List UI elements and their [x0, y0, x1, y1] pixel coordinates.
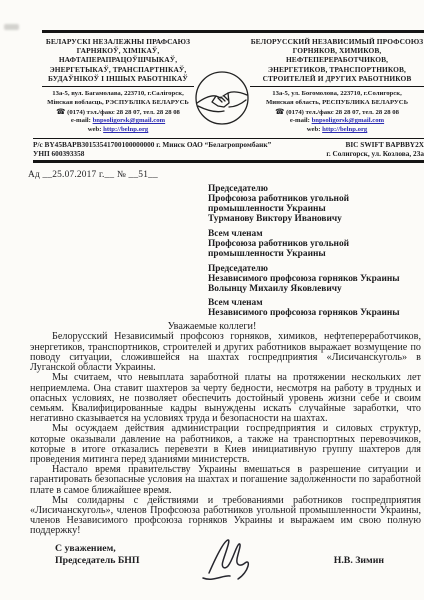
email-line: e-mail: bnpsoligorsk@gmail.com: [42, 117, 194, 126]
phone-line: ☎ (0174) тел./факс 28 28 07, тел. 28 28 …: [250, 108, 424, 118]
body-paragraph: Настало время правительству Украины вмеш…: [30, 465, 421, 496]
address-block-russian: 13а-5, ул. Богомолова, 223710, г.Солигор…: [250, 90, 424, 135]
org-name-line: НЕФТЕПЕРЕРАБОТЧИКОВ,: [250, 55, 424, 64]
closing-line: С уважением,: [55, 543, 140, 555]
web-line: web: http://belnp.org: [250, 126, 424, 135]
email-link[interactable]: bnpsoligorsk@gmail.com: [312, 117, 385, 124]
website-link[interactable]: http://belnp.org: [103, 126, 148, 133]
body-paragraph: Белорусский Независимый профсоюз горняко…: [30, 332, 421, 373]
org-name-line: НАФТАПЕРАПРАЦОЎШЧЫКАЎ,: [42, 55, 194, 64]
org-name-line: ЭНЕРГЕТЫКАЎ, ТРАНСПАРТНІКАЎ,: [42, 65, 194, 74]
signature-section: С уважением, Председатель БНП Н.В. Зимин: [55, 543, 384, 586]
org-name-russian: БЕЛОРУССКИЙ НЕЗАВИСИМЫЙ ПРОФСОЮЗ ГОРНЯКО…: [250, 37, 424, 83]
phone-icon: ☎: [275, 107, 284, 116]
addressee-line: промышленности Украины: [208, 250, 424, 260]
letter-body: Белорусский Независимый профсоюз горняко…: [30, 332, 421, 536]
web-line: web: http://belnp.org: [42, 126, 194, 135]
scan-artifact: [4, 24, 19, 30]
bank-account-block: Р/с BY45BAPB30153541700100000000 г. Минс…: [33, 141, 271, 158]
letterhead: БЕЛАРУСКІ НЕЗАЛЕЖНЫ ПРАФСАЮЗ ГАРНЯКОЎ, Х…: [42, 30, 424, 135]
website-link[interactable]: http://belnp.org: [322, 126, 367, 133]
column-divider-rule: [250, 86, 424, 87]
address-block-belarusian: 13а-5, вул. Багамолава, 223710, г.Саліго…: [42, 90, 194, 135]
addressee-block: Председателю Независимого профсоюза горн…: [208, 265, 424, 295]
bank-swift-block: BIC SWIFT BAPBBY2X г. Солигорск, ул. Коз…: [326, 141, 424, 158]
signature-ink-icon: [195, 533, 273, 581]
phone-number: (0174) тэл./факс 28 28 07, тел. 28 28 08: [67, 109, 180, 116]
addressee-block: Всем членам Профсоюза работников угольно…: [208, 230, 424, 260]
address-line: 13а-5, вул. Багамолава, 223710, г.Саліго…: [42, 90, 194, 99]
addressee-block: Всем членам Независимого профсоюза горня…: [208, 299, 424, 319]
phone-number: (0174) тел./факс 28 28 07, тел. 28 28 08: [286, 109, 399, 116]
org-name-line: СТРОИТЕЛЕЙ И ДРУГИХ РАБОТНИКОВ: [250, 74, 424, 83]
email-link[interactable]: bnpsoligorsk@gmail.com: [93, 117, 166, 124]
bank-address-line: г. Солигорск, ул. Козлова, 23а: [326, 150, 424, 159]
addressee-block: Председателю Профсоюза работников угольн…: [208, 185, 424, 225]
signer-title: Председатель БНП: [55, 555, 140, 567]
org-name-line: БУДАЎНІКОЎ І ІНШЫХ РАБОТНІКАЎ: [42, 74, 194, 83]
address-line: 13а-5, ул. Богомолова, 223710, г.Солигор…: [250, 90, 424, 99]
web-label: web:: [307, 126, 321, 133]
logo-container: [194, 37, 250, 135]
bank-details-strip: Р/с BY45BAPB30153541700100000000 г. Минс…: [33, 138, 424, 163]
web-label: web:: [88, 126, 102, 133]
body-paragraph: Мы считаем, что невыплата заработной пла…: [30, 373, 421, 424]
handwritten-signature: [195, 533, 273, 586]
org-name-line: БЕЛАРУСКІ НЕЗАЛЕЖНЫ ПРАФСАЮЗ: [42, 37, 194, 46]
addressee-section: Председателю Профсоюза работников угольн…: [208, 185, 424, 319]
body-paragraph: Мы солидарны с действиями и требованиями…: [30, 496, 421, 537]
org-name-line: БЕЛОРУССКИЙ НЕЗАВИСИМЫЙ ПРОФСОЮЗ: [250, 37, 424, 46]
phone-line: ☎ (0174) тэл./факс 28 28 07, тел. 28 28 …: [42, 108, 194, 118]
addressee-line: Турманову Виктору Ивановичу: [208, 215, 424, 225]
letterhead-right-column: БЕЛОРУССКИЙ НЕЗАВИСИМЫЙ ПРОФСОЮЗ ГОРНЯКО…: [250, 37, 424, 135]
email-line: e-mail: bnpsoligorsk@gmail.com: [250, 117, 424, 126]
phone-icon: ☎: [56, 107, 65, 116]
column-divider-rule: [42, 86, 194, 87]
unp-line: УНП 600393358: [33, 150, 271, 159]
scanned-letter-page: БЕЛАРУСКІ НЕЗАЛЕЖНЫ ПРАФСАЮЗ ГАРНЯКОЎ, Х…: [0, 0, 424, 600]
signer-name: Н.В. Зимин: [334, 543, 384, 566]
addressee-line: Волынцу Михаилу Яковлевичу: [208, 285, 424, 295]
org-name-line: ЭНЕРГЕТИКОВ, ТРАНСПОРТНИКОВ,: [250, 65, 424, 74]
email-label: e-mail:: [290, 117, 310, 124]
letterhead-left-column: БЕЛАРУСКІ НЕЗАЛЕЖНЫ ПРАФСАЮЗ ГАРНЯКОЎ, Х…: [42, 37, 194, 135]
org-name-belarusian: БЕЛАРУСКІ НЕЗАЛЕЖНЫ ПРАФСАЮЗ ГАРНЯКОЎ, Х…: [42, 37, 194, 83]
addressee-line: Независимого профсоюза горняков Украины: [208, 309, 424, 319]
body-paragraph: Мы осуждаем действия администрации госпр…: [30, 424, 421, 465]
org-name-line: ГОРНЯКОВ, ХИМИКОВ,: [250, 46, 424, 55]
reference-number-line: Ад __25.07.2017 г.__ № __51__: [28, 170, 424, 180]
signature-titles: С уважением, Председатель БНП: [55, 543, 140, 567]
handshake-globe-logo-icon: [194, 69, 250, 127]
email-label: e-mail:: [71, 117, 91, 124]
